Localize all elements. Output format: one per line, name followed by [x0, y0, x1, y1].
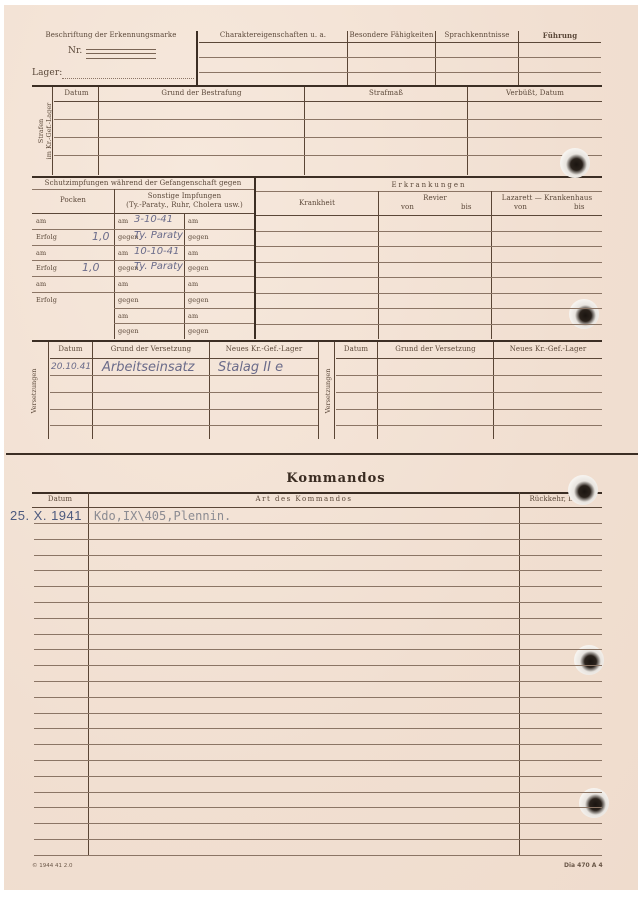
- strafen-col-strafmass: Strafmaß: [305, 89, 467, 97]
- nr-label: Nr.: [68, 46, 82, 56]
- sonstige-col1-label: gegen: [118, 296, 139, 304]
- pocken-row-label: am: [36, 249, 46, 257]
- versetzung-entry-datum: 20.10.41: [51, 362, 91, 372]
- lazarett-von: von: [514, 203, 527, 211]
- punch-hole: [568, 475, 598, 505]
- erkrankungen-title: Erkrankungen: [256, 181, 602, 189]
- id-tag-label: Beschriftung der Erkennungsmarke: [26, 31, 196, 39]
- versetzung-right-col-lager: Neues Kr.-Gef.-Lager: [494, 345, 602, 353]
- versetzung-left-col-datum: Datum: [49, 345, 92, 353]
- sonstige-col2-label: am: [188, 217, 198, 225]
- punch-hole: [569, 299, 599, 329]
- strafen-side-label: Strafen im Kr.-Gef.-Lager: [37, 86, 53, 176]
- sonstige-col2-label: am: [188, 312, 198, 320]
- lazarett-bis: bis: [574, 203, 585, 211]
- kommandos-col-art: Art des Kommandos: [89, 495, 519, 503]
- sonstige-col2-label: gegen: [188, 233, 209, 241]
- sonstige-col1-label: gegen: [118, 327, 139, 335]
- erkrankungen-col-krankheit: Krankheit: [256, 199, 378, 207]
- strafen-col-grund: Grund der Bestrafung: [99, 89, 304, 97]
- erkrankungen-col-revier: Revier: [379, 194, 491, 202]
- versetzung-left-col-grund: Grund der Versetzung: [93, 345, 209, 353]
- erkrankungen-col-lazarett: Lazarett — Krankenhaus: [492, 194, 602, 202]
- pocken-row-label: am: [36, 217, 46, 225]
- impfungen-title: Schutzimpfungen während der Gefangenscha…: [32, 179, 254, 187]
- sonstige-col1-label: am: [118, 217, 128, 225]
- versetzungen-side-label-left: Versetzungen: [30, 351, 38, 431]
- impfungen-pocken-label: Pocken: [32, 196, 114, 204]
- revier-bis: bis: [461, 203, 472, 211]
- pocken-value: 1,0: [82, 261, 100, 274]
- col-sprachkenntnisse: Sprachkenntnisse: [436, 31, 518, 39]
- sonstige-col1-value: Ty. Paraty: [134, 261, 183, 272]
- lager-label: Lager:: [32, 68, 62, 78]
- sonstige-col2-label: am: [188, 280, 198, 288]
- sonstige-col1-label: am: [118, 280, 128, 288]
- pocken-row-label: am: [36, 280, 46, 288]
- kommandos-title: Kommandos: [4, 471, 638, 486]
- footer-form-number: Dia 470 A 4: [564, 862, 603, 869]
- strafen-col-verbuesst: Verbüßt, Datum: [468, 89, 602, 97]
- versetzung-left-col-lager: Neues Kr.-Gef.-Lager: [210, 345, 318, 353]
- sonstige-col1-value: Ty. Paraty: [134, 230, 183, 241]
- pocken-row-label: Erfolg: [36, 264, 57, 272]
- pocken-row-label: Erfolg: [36, 296, 57, 304]
- versetzung-entry-grund: Arbeitseinsatz: [102, 360, 194, 375]
- col-fuehrung: Führung: [519, 31, 601, 40]
- nr-field-lines: [86, 49, 156, 59]
- versetzung-entry-lager: Stalag II e: [218, 360, 283, 375]
- impfungen-sonstige-label: Sonstige Impfungen (Ty.-Paraty., Ruhr, C…: [116, 192, 253, 210]
- pow-record-card-back: Beschriftung der Erkennungsmarke Nr. Lag…: [4, 5, 638, 890]
- sonstige-col2-label: gegen: [188, 327, 209, 335]
- sonstige-col1-value: 10-10-41: [134, 246, 179, 257]
- col-faehigkeiten: Besondere Fähigkeiten: [348, 31, 435, 39]
- col-charakter: Charaktereigenschaften u. a.: [198, 31, 348, 39]
- sonstige-col2-label: gegen: [188, 296, 209, 304]
- kommandos-col-datum: Datum: [32, 495, 88, 503]
- sonstige-col1-label: am: [118, 249, 128, 257]
- kommando-entry-art: Kdo,IX\405,Plennin.: [94, 509, 231, 523]
- sonstige-col2-label: am: [188, 249, 198, 257]
- sonstige-col2-label: gegen: [188, 264, 209, 272]
- footer-print-code: © 1944 41 2.0: [32, 863, 73, 869]
- sonstige-col1-label: am: [118, 312, 128, 320]
- pocken-row-label: Erfolg: [36, 233, 57, 241]
- revier-von: von: [401, 203, 414, 211]
- strafen-col-datum: Datum: [54, 89, 99, 97]
- versetzung-right-col-grund: Grund der Versetzung: [378, 345, 493, 353]
- kommando-entry-datum: 25. X. 1941: [10, 508, 82, 523]
- versetzungen-side-label-right: Versetzungen: [324, 351, 332, 431]
- lager-field-line: [62, 78, 194, 79]
- header-divider: [32, 85, 602, 87]
- sonstige-col1-value: 3-10-41: [134, 214, 173, 225]
- pocken-value: 1,0: [92, 230, 110, 243]
- punch-hole: [560, 148, 590, 178]
- versetzung-right-col-datum: Datum: [335, 345, 377, 353]
- fold-divider: [6, 453, 638, 455]
